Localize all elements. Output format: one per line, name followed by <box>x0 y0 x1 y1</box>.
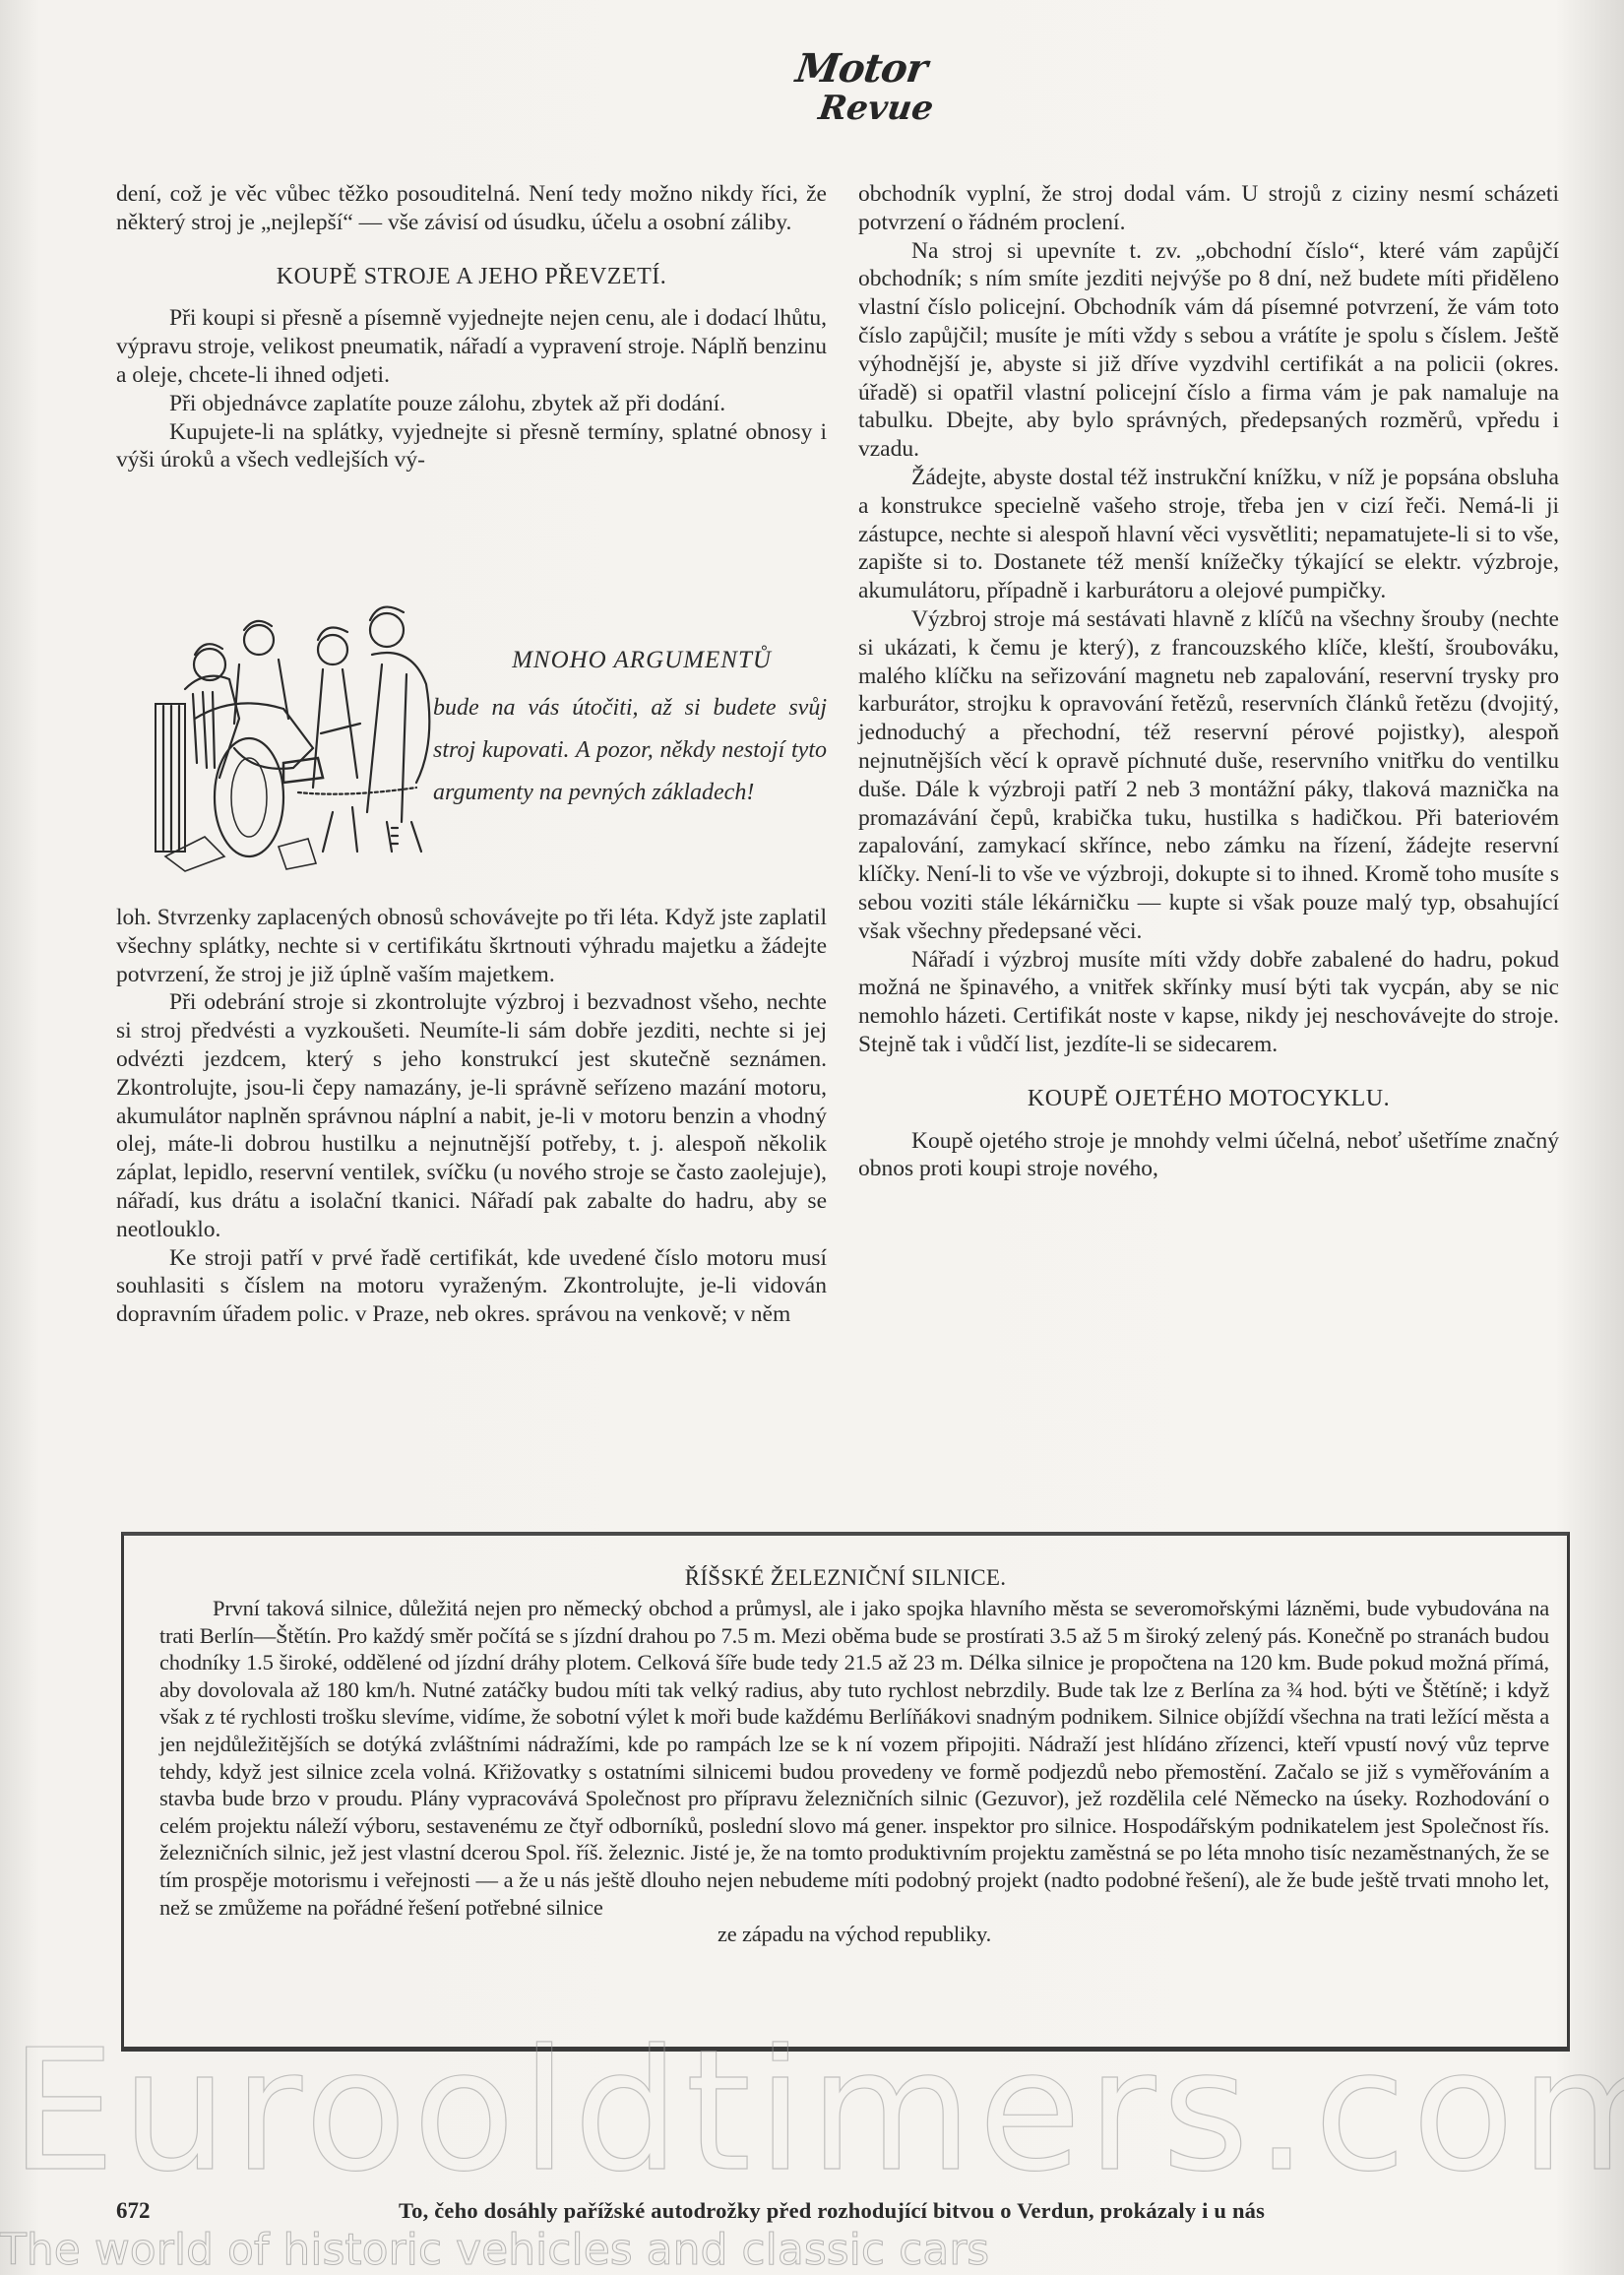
cartoon-caption-title: MNOHO ARGUMENTŮ <box>433 639 827 681</box>
paragraph: loh. Stvrzenky zaplacených obnosů schová… <box>116 904 827 988</box>
left-column-top: dení, což je věc vůbec těžko posouditeln… <box>116 180 827 474</box>
boxed-article-body: První taková silnice, důležitá nejen pro… <box>159 1595 1549 1948</box>
masthead-logo: Motor Revue <box>763 47 960 146</box>
paragraph: Nářadí i výzbroj musíte míti vždy dobře … <box>858 946 1559 1059</box>
section-heading-used-motorcycle: KOUPĚ OJETÉHO MOTOCYKLU. <box>858 1085 1559 1113</box>
paragraph: Kupujete-li na splátky, vyjednejte si př… <box>116 418 827 475</box>
boxed-article-end-line: ze západu na východ republiky. <box>159 1921 1549 1948</box>
paragraph: Při objednávce zaplatíte pouze zálohu, z… <box>116 390 827 418</box>
section-heading-purchase: KOUPĚ STROJE A JEHO PŘEVZETÍ. <box>116 263 827 291</box>
paragraph: Žádejte, abyste dostal též instrukční kn… <box>858 464 1559 605</box>
paragraph: Při koupi si přesně a písemně vyjednejte… <box>116 304 827 389</box>
paragraph: dení, což je věc vůbec těžko posouditeln… <box>116 180 827 237</box>
paragraph: Koupě ojetého stroje je mnohdy velmi úče… <box>858 1127 1559 1184</box>
boxed-article-title: ŘÍŠSKÉ ŽELEZNIČNÍ SILNICE. <box>124 1565 1567 1591</box>
boxed-article-text: První taková silnice, důležitá nejen pro… <box>159 1595 1549 1921</box>
page-number: 672 <box>116 2198 151 2224</box>
cartoon-caption-text: bude na vás útočiti, až si budete svůj s… <box>433 695 827 805</box>
left-column-bottom: loh. Stvrzenky zaplacených obnosů schová… <box>116 904 827 1329</box>
right-column: obchodník vyplní, že stroj dodal vám. U … <box>858 180 1559 1183</box>
footer-running-text: To, čeho dosáhly pařížské autodrožky pře… <box>399 2198 1265 2224</box>
paragraph: Ke stroji patří v prvé řadě certifikát, … <box>116 1244 827 1329</box>
paragraph: Při odebrání stroje si zkontrolujte výzb… <box>116 988 827 1243</box>
cartoon-caption: MNOHO ARGUMENTŮ bude na vás útočiti, až … <box>433 596 827 814</box>
paragraph: Na stroj si upevníte t. zv. „obchodní čí… <box>858 237 1559 464</box>
masthead-line-1: Motor <box>760 47 963 91</box>
cartoon-people-with-motorcycle-icon <box>146 596 451 876</box>
boxed-article: ŘÍŠSKÉ ŽELEZNIČNÍ SILNICE. První taková … <box>121 1532 1570 2052</box>
cartoon-figure: MNOHO ARGUMENTŮ bude na vás útočiti, až … <box>138 596 827 881</box>
paragraph: Výzbroj stroje má sestávati hlavně z klí… <box>858 605 1559 946</box>
masthead-line-2: Revue <box>789 91 962 126</box>
paragraph: obchodník vyplní, že stroj dodal vám. U … <box>858 180 1559 237</box>
